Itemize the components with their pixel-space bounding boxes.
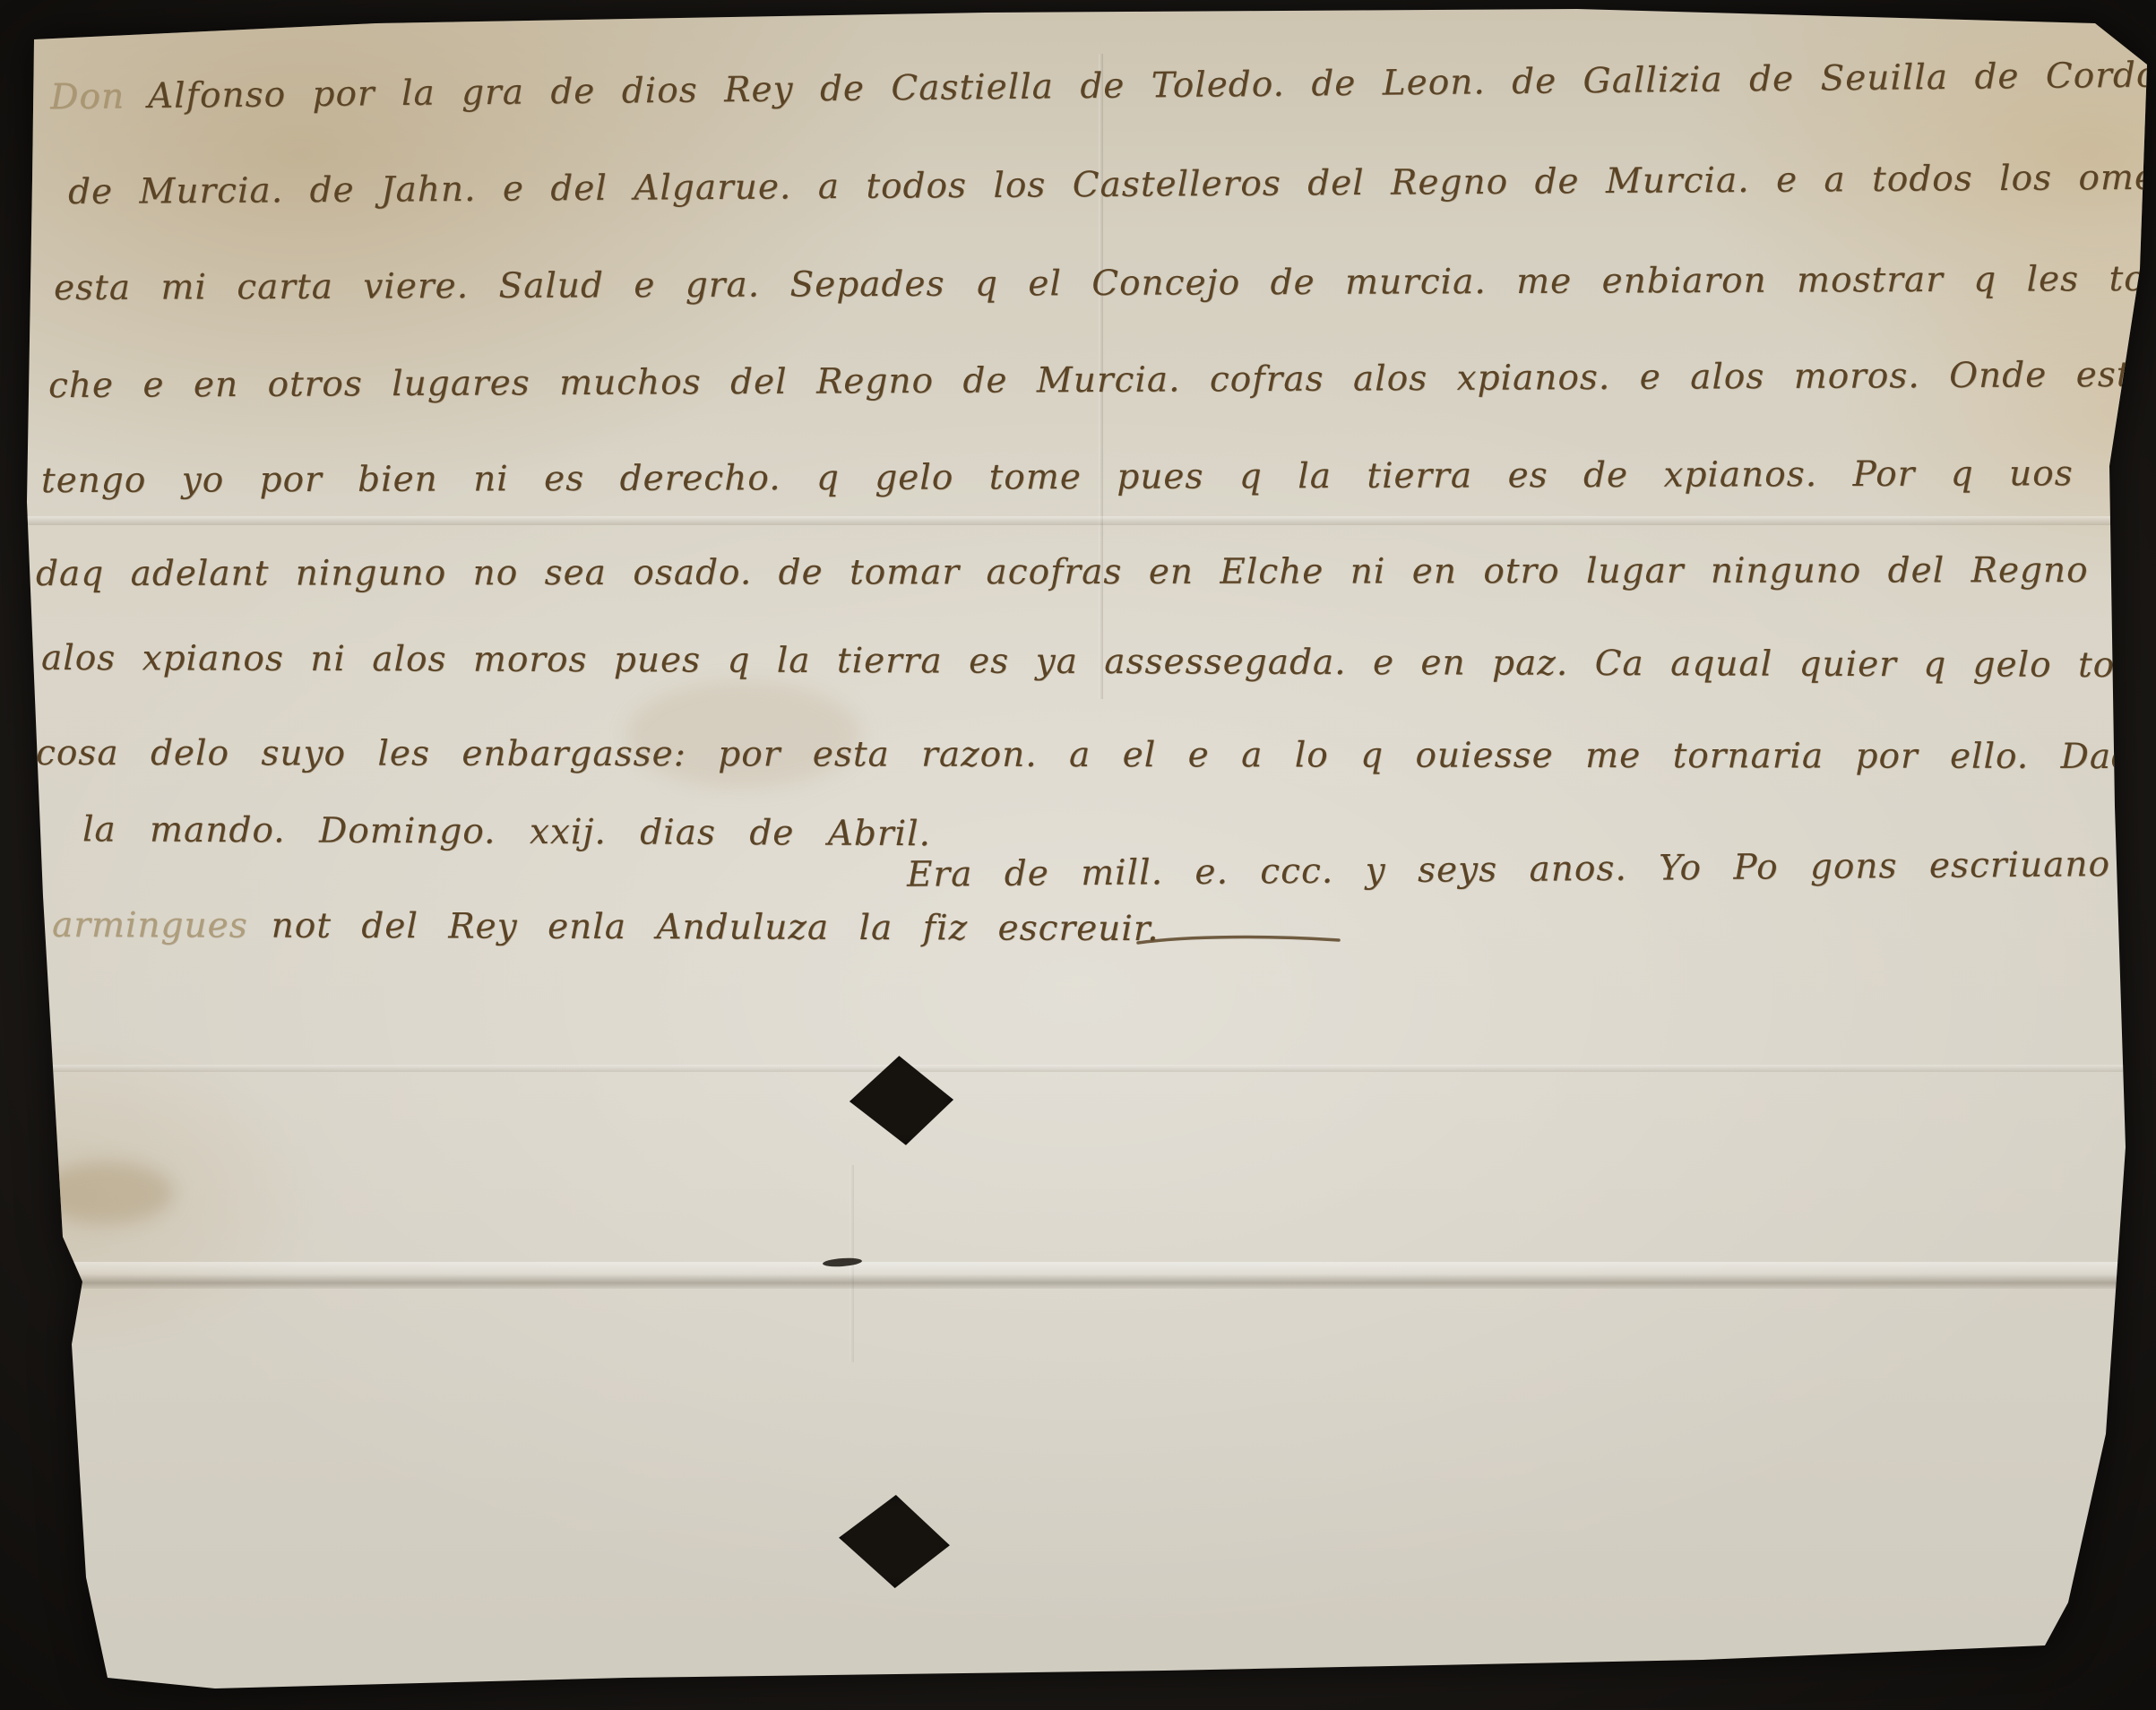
manuscript-line: alos xpianos ni alos moros pues q la tie… <box>41 638 2138 686</box>
manuscript-line: de Murcia. de Jahn. e del Algarue. a tod… <box>68 158 2129 212</box>
seal-cord-hole-lower <box>837 1493 952 1590</box>
margin-stain <box>39 1162 174 1224</box>
seal-cord-hole-upper <box>847 1053 955 1148</box>
manuscript-line: daq adelant ninguno no sea osado. de tom… <box>36 550 2142 594</box>
parchment: DonAlfonso por la gra de dios Rey de Cas… <box>0 0 2156 1710</box>
manuscript-line-dating-clause: la mando. Domingo. xxij. dias de Abril. <box>82 809 1014 854</box>
faded-opening-word: Don <box>50 76 125 117</box>
horizontal-fold-crease-middle <box>0 1065 2156 1072</box>
fold-tear-slit <box>823 1257 863 1267</box>
manuscript-line: cosa delo suyo les enbargasse: por esta … <box>36 733 2142 777</box>
horizontal-fold-crease-lower <box>0 1262 2156 1289</box>
manuscript-line-era-clause: Era de mill. e. ccc. y seys anos. Yo Po … <box>907 844 2099 895</box>
manuscript-line-text: Alfonso por la gra de dios Rey de Castie… <box>148 55 2156 117</box>
manuscript-line: esta mi carta viere. Salud e gra. Sepade… <box>54 259 2142 308</box>
parchment-wrapper: DonAlfonso por la gra de dios Rey de Cas… <box>0 0 2156 1710</box>
manuscript-line-notary-subscription: arminguesnot del Rey enla Anduluza la fi… <box>52 905 1181 949</box>
horizontal-fold-crease-upper <box>0 516 2156 525</box>
archival-photo: DonAlfonso por la gra de dios Rey de Cas… <box>0 0 2156 1710</box>
faded-margin-word: armingues <box>52 905 248 946</box>
manuscript-line-text: not del Rey enla Anduluza la fiz escreui… <box>272 906 1160 949</box>
manuscript-line: tengo yo por bien ni es derecho. q gelo … <box>41 453 2138 501</box>
manuscript-line: DonAlfonso por la gra de dios Rey de Cas… <box>50 56 2129 117</box>
manuscript-line: che e en otros lugares muchos del Regno … <box>48 355 2136 406</box>
